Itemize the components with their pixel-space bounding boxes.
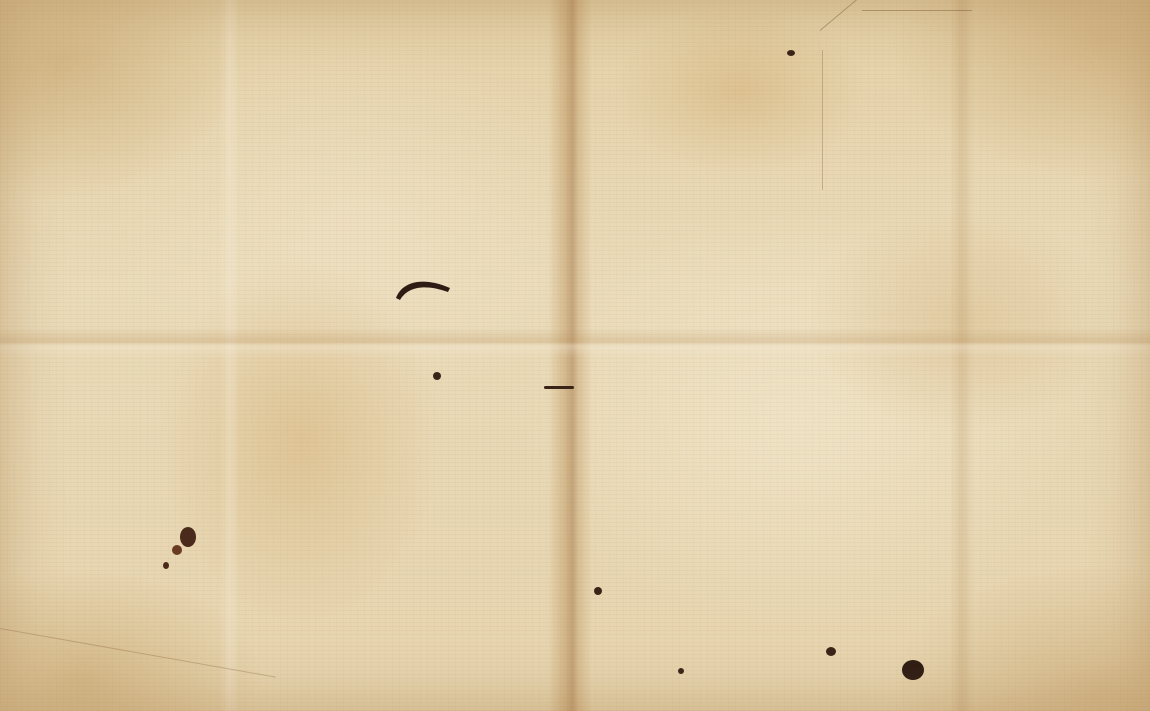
aged-paper <box>0 0 1150 711</box>
paper-edge-vignette <box>0 0 1150 711</box>
